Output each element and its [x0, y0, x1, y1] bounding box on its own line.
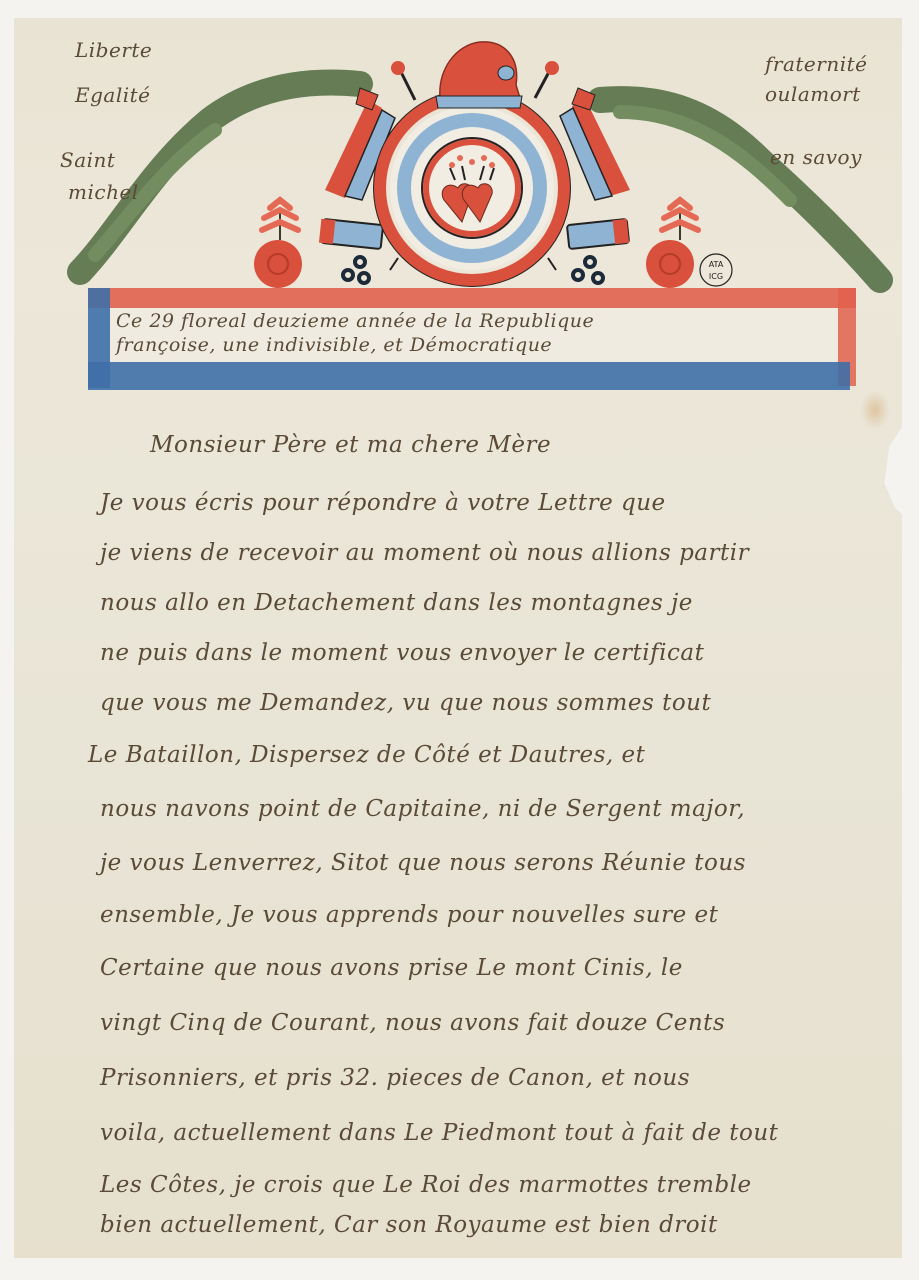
letter-line: Le Bataillon, Dispersez de Côté et Dautr… [88, 742, 645, 768]
left-laurel-icon [80, 83, 360, 273]
left-cannon-icon [319, 219, 383, 249]
banner-republic-line: françoise, une indivisible, et Démocrati… [116, 334, 552, 356]
letter-line: je vous Lenverrez, Sitot que nous serons… [100, 850, 746, 876]
letter-salutation: Monsieur Père et ma chere Mère [150, 432, 551, 458]
location-en-savoy: en savoy [770, 145, 862, 169]
left-flowerpot-icon [254, 200, 302, 288]
motto-liberte: Liberte [75, 38, 152, 62]
letter-line: nous allo en Detachement dans les montag… [100, 590, 693, 616]
svg-text:ATA: ATA [709, 260, 724, 269]
letter-line: ne puis dans le moment vous envoyer le c… [100, 640, 704, 666]
banner-date-line: Ce 29 floreal deuzieme année de la Repub… [116, 310, 594, 332]
archive-stamp-icon: ATA ICG [700, 254, 732, 286]
right-cannon-icon [567, 219, 629, 249]
letter-line: ensemble, Je vous apprends pour nouvelle… [100, 902, 718, 928]
phrygian-cap-icon [436, 42, 522, 108]
letter-line: Certaine que nous avons prise Le mont Ci… [100, 955, 683, 981]
right-laurel-icon [600, 99, 880, 280]
letter-line: que vous me Demandez, vu que nous sommes… [100, 690, 711, 716]
motto-egalite: Egalité [75, 83, 151, 107]
location-michel: michel [68, 180, 139, 204]
letter-line: Prisonniers, et pris 32. pieces de Canon… [100, 1065, 690, 1091]
location-saint: Saint [60, 148, 115, 172]
svg-text:ICG: ICG [709, 272, 723, 281]
letter-line: nous navons point de Capitaine, ni de Se… [100, 796, 745, 822]
letter-line: Je vous écris pour répondre à votre Lett… [100, 490, 666, 516]
letter-line: je viens de recevoir au moment où nous a… [100, 540, 749, 566]
motto-fraternite: fraternité [765, 52, 867, 76]
letter-line: vingt Cinq de Courant, nous avons fait d… [100, 1010, 725, 1036]
letter-line: voila, actuellement dans Le Piedmont tou… [100, 1120, 778, 1146]
letter-line: bien actuellement, Car son Royaume est b… [100, 1212, 718, 1238]
right-flowerpot-icon [646, 200, 698, 288]
motto-ou-la-mort: oulamort [765, 82, 861, 106]
letter-line: Les Côtes, je crois que Le Roi des marmo… [100, 1172, 752, 1198]
